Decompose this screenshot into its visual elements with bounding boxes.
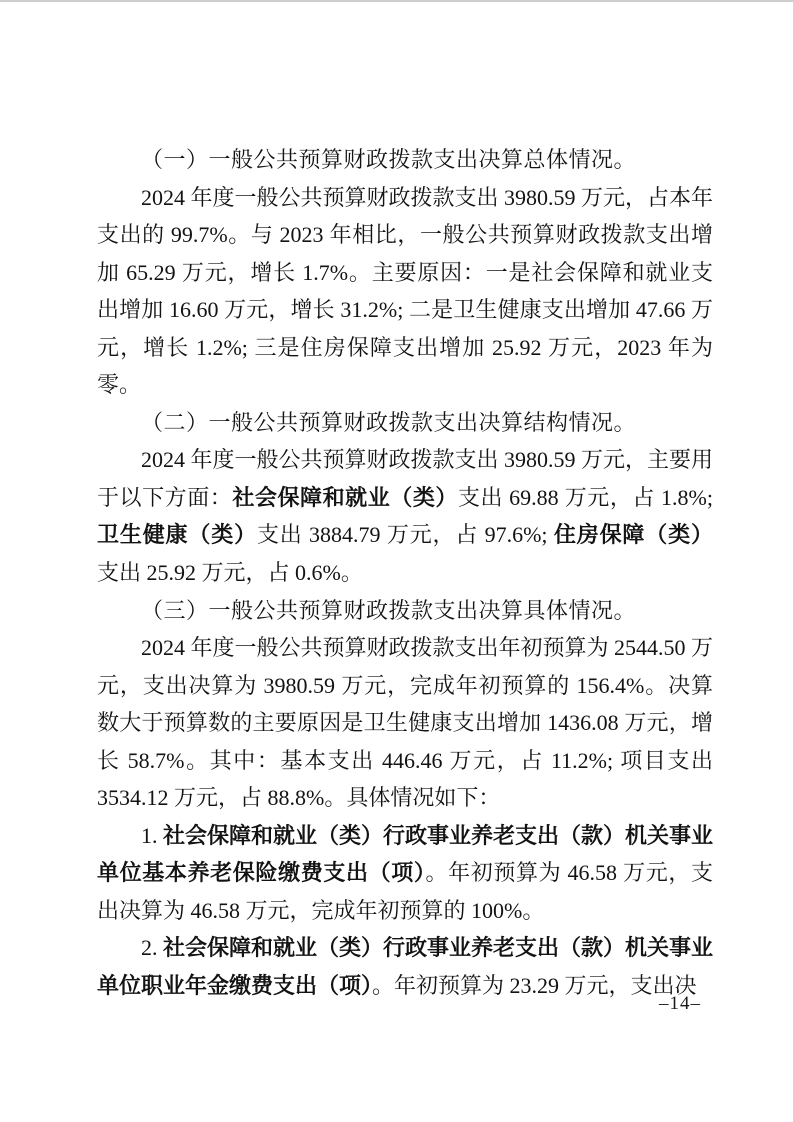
bold-run: 住房保障（类） [554, 522, 713, 547]
bold-run: 卫生健康（类） [97, 522, 257, 547]
page-content: （一）一般公共预算财政拨款支出决算总体情况。 2024 年度一般公共预算财政拨款… [97, 141, 713, 1005]
text-run: 2024 年度一般公共预算财政拨款支出年初预算为 2544.50 万元，支出决算… [97, 635, 713, 810]
bold-run: 社会保障和就业（类） [232, 485, 458, 510]
text-run: 支出 69.88 万元，占 1.8%; [458, 485, 713, 510]
document-page: （一）一般公共预算财政拨款支出决算总体情况。 2024 年度一般公共预算财政拨款… [0, 0, 793, 1122]
paragraph: 2024 年度一般公共预算财政拨款支出年初预算为 2544.50 万元，支出决算… [97, 629, 713, 817]
text-run: 支出 25.92 万元，占 0.6%。 [97, 560, 363, 585]
text-run: 2. [141, 935, 163, 960]
text-run: 1. [141, 823, 163, 848]
section-heading-1: （一）一般公共预算财政拨款支出决算总体情况。 [97, 141, 713, 179]
text-run: 支出 3884.79 万元，占 97.6%; [257, 522, 554, 547]
text-run: 2024 年度一般公共预算财政拨款支出 3980.59 万元，占本年支出的 99… [97, 185, 713, 398]
page-number: –14– [97, 993, 713, 1015]
section-heading-3: （三）一般公共预算财政拨款支出决算具体情况。 [97, 592, 713, 630]
section-heading-2: （二）一般公共预算财政拨款支出决算结构情况。 [97, 404, 713, 442]
list-item-1: 1. 社会保障和就业（类）行政事业养老支出（款）机关事业单位基本养老保险缴费支出… [97, 817, 713, 930]
paragraph: 2024 年度一般公共预算财政拨款支出 3980.59 万元，占本年支出的 99… [97, 179, 713, 404]
paragraph: 2024 年度一般公共预算财政拨款支出 3980.59 万元，主要用于以下方面：… [97, 441, 713, 591]
